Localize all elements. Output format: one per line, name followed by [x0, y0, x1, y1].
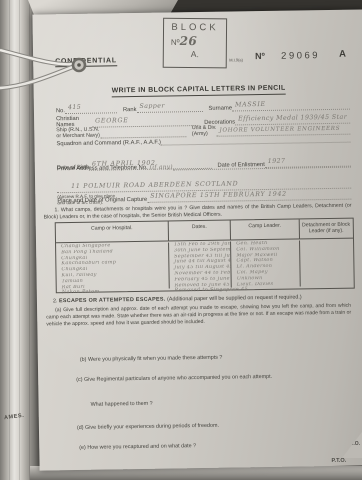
question-2c-followup-text: What happened to them ? — [91, 401, 153, 408]
address-field-top — [173, 160, 351, 171]
confidential-marking: CONFIDENTIAL — [55, 57, 117, 67]
capture-note-line1: (Aircrew R.A.F. to give place — [57, 193, 115, 199]
camps-table: Camp or Hospital. Dates. Camp Leader. De… — [55, 218, 355, 294]
address-label: Private Address and Telephone No. — [57, 165, 148, 172]
photo-of-document: { "stamp": { "line1": "BLOCK", "no_prefi… — [0, 0, 362, 480]
stamp-no-prefix: Nº — [171, 38, 180, 47]
section-2-number: 2. — [53, 298, 58, 304]
unit-value: Johore Volunteer Engineers — [219, 126, 340, 134]
stamp-block-letter: A. — [164, 49, 226, 60]
question-2d-text: (d) Give briefly your experiences during… — [77, 423, 219, 431]
header-camp-leader: Camp Leader. — [231, 219, 300, 239]
question-2e-text: (e) How were you recaptured and on what … — [79, 443, 196, 451]
squadron-field — [161, 135, 351, 146]
stamp-block-word: BLOCK — [164, 22, 226, 34]
mi9-reference: M.I.9(a) — [229, 57, 243, 62]
pow-liberation-questionnaire-page: BLOCK Nº26 A. CONFIDENTIAL M.I.9(a) Nº 2… — [32, 9, 362, 470]
address-note-handwritten: (if any) — [150, 164, 173, 170]
block-number-stamp: BLOCK Nº26 A. — [163, 18, 227, 69]
capture-field: Singapore 15th February 1942 — [147, 181, 351, 203]
unit-label: Unit & Div. (Army) — [192, 125, 217, 138]
header-camp-or-hospital: Camp or Hospital. — [56, 222, 169, 243]
question-2b-text: (b) Were you physically fit when you mad… — [80, 355, 223, 363]
question-2c-text: (c) Give Regimental particulars of anyon… — [76, 374, 272, 383]
capture-value: Singapore 15th February 1942 — [150, 191, 287, 200]
squadron-label: Squadron and Command (R.A.F., A.A.F.) — [56, 140, 160, 148]
question-2a-text: (a) Give full description and approx. da… — [46, 303, 351, 328]
stamp-no-value-handwritten: 26 — [180, 34, 198, 48]
stamp-block-number: Nº26 — [164, 34, 226, 49]
ship-label: Ship (R.N., U.S.N. or Merchant Navy) — [56, 126, 100, 139]
overflow-camp-value: Nakon Patom — [56, 288, 169, 296]
serial-no-symbol: Nº — [255, 51, 265, 61]
capture-note-line2: and date of a/c crash). — [57, 200, 103, 206]
section-2-note: (Additional paper will be supplied on re… — [167, 294, 302, 302]
serial-suffix: A — [339, 49, 346, 60]
unit-field: Johore Volunteer Engineers — [216, 116, 350, 137]
header-detachment-leader: Detachment or Block Leader (if any). — [299, 219, 353, 239]
header-dates: Dates. — [169, 221, 232, 241]
pto-marking: P.T.O. — [331, 458, 346, 464]
serial-number: 29069 — [281, 50, 320, 62]
section-2-title: ESCAPES OR ATTEMPTED ESCAPES. — [59, 297, 166, 305]
